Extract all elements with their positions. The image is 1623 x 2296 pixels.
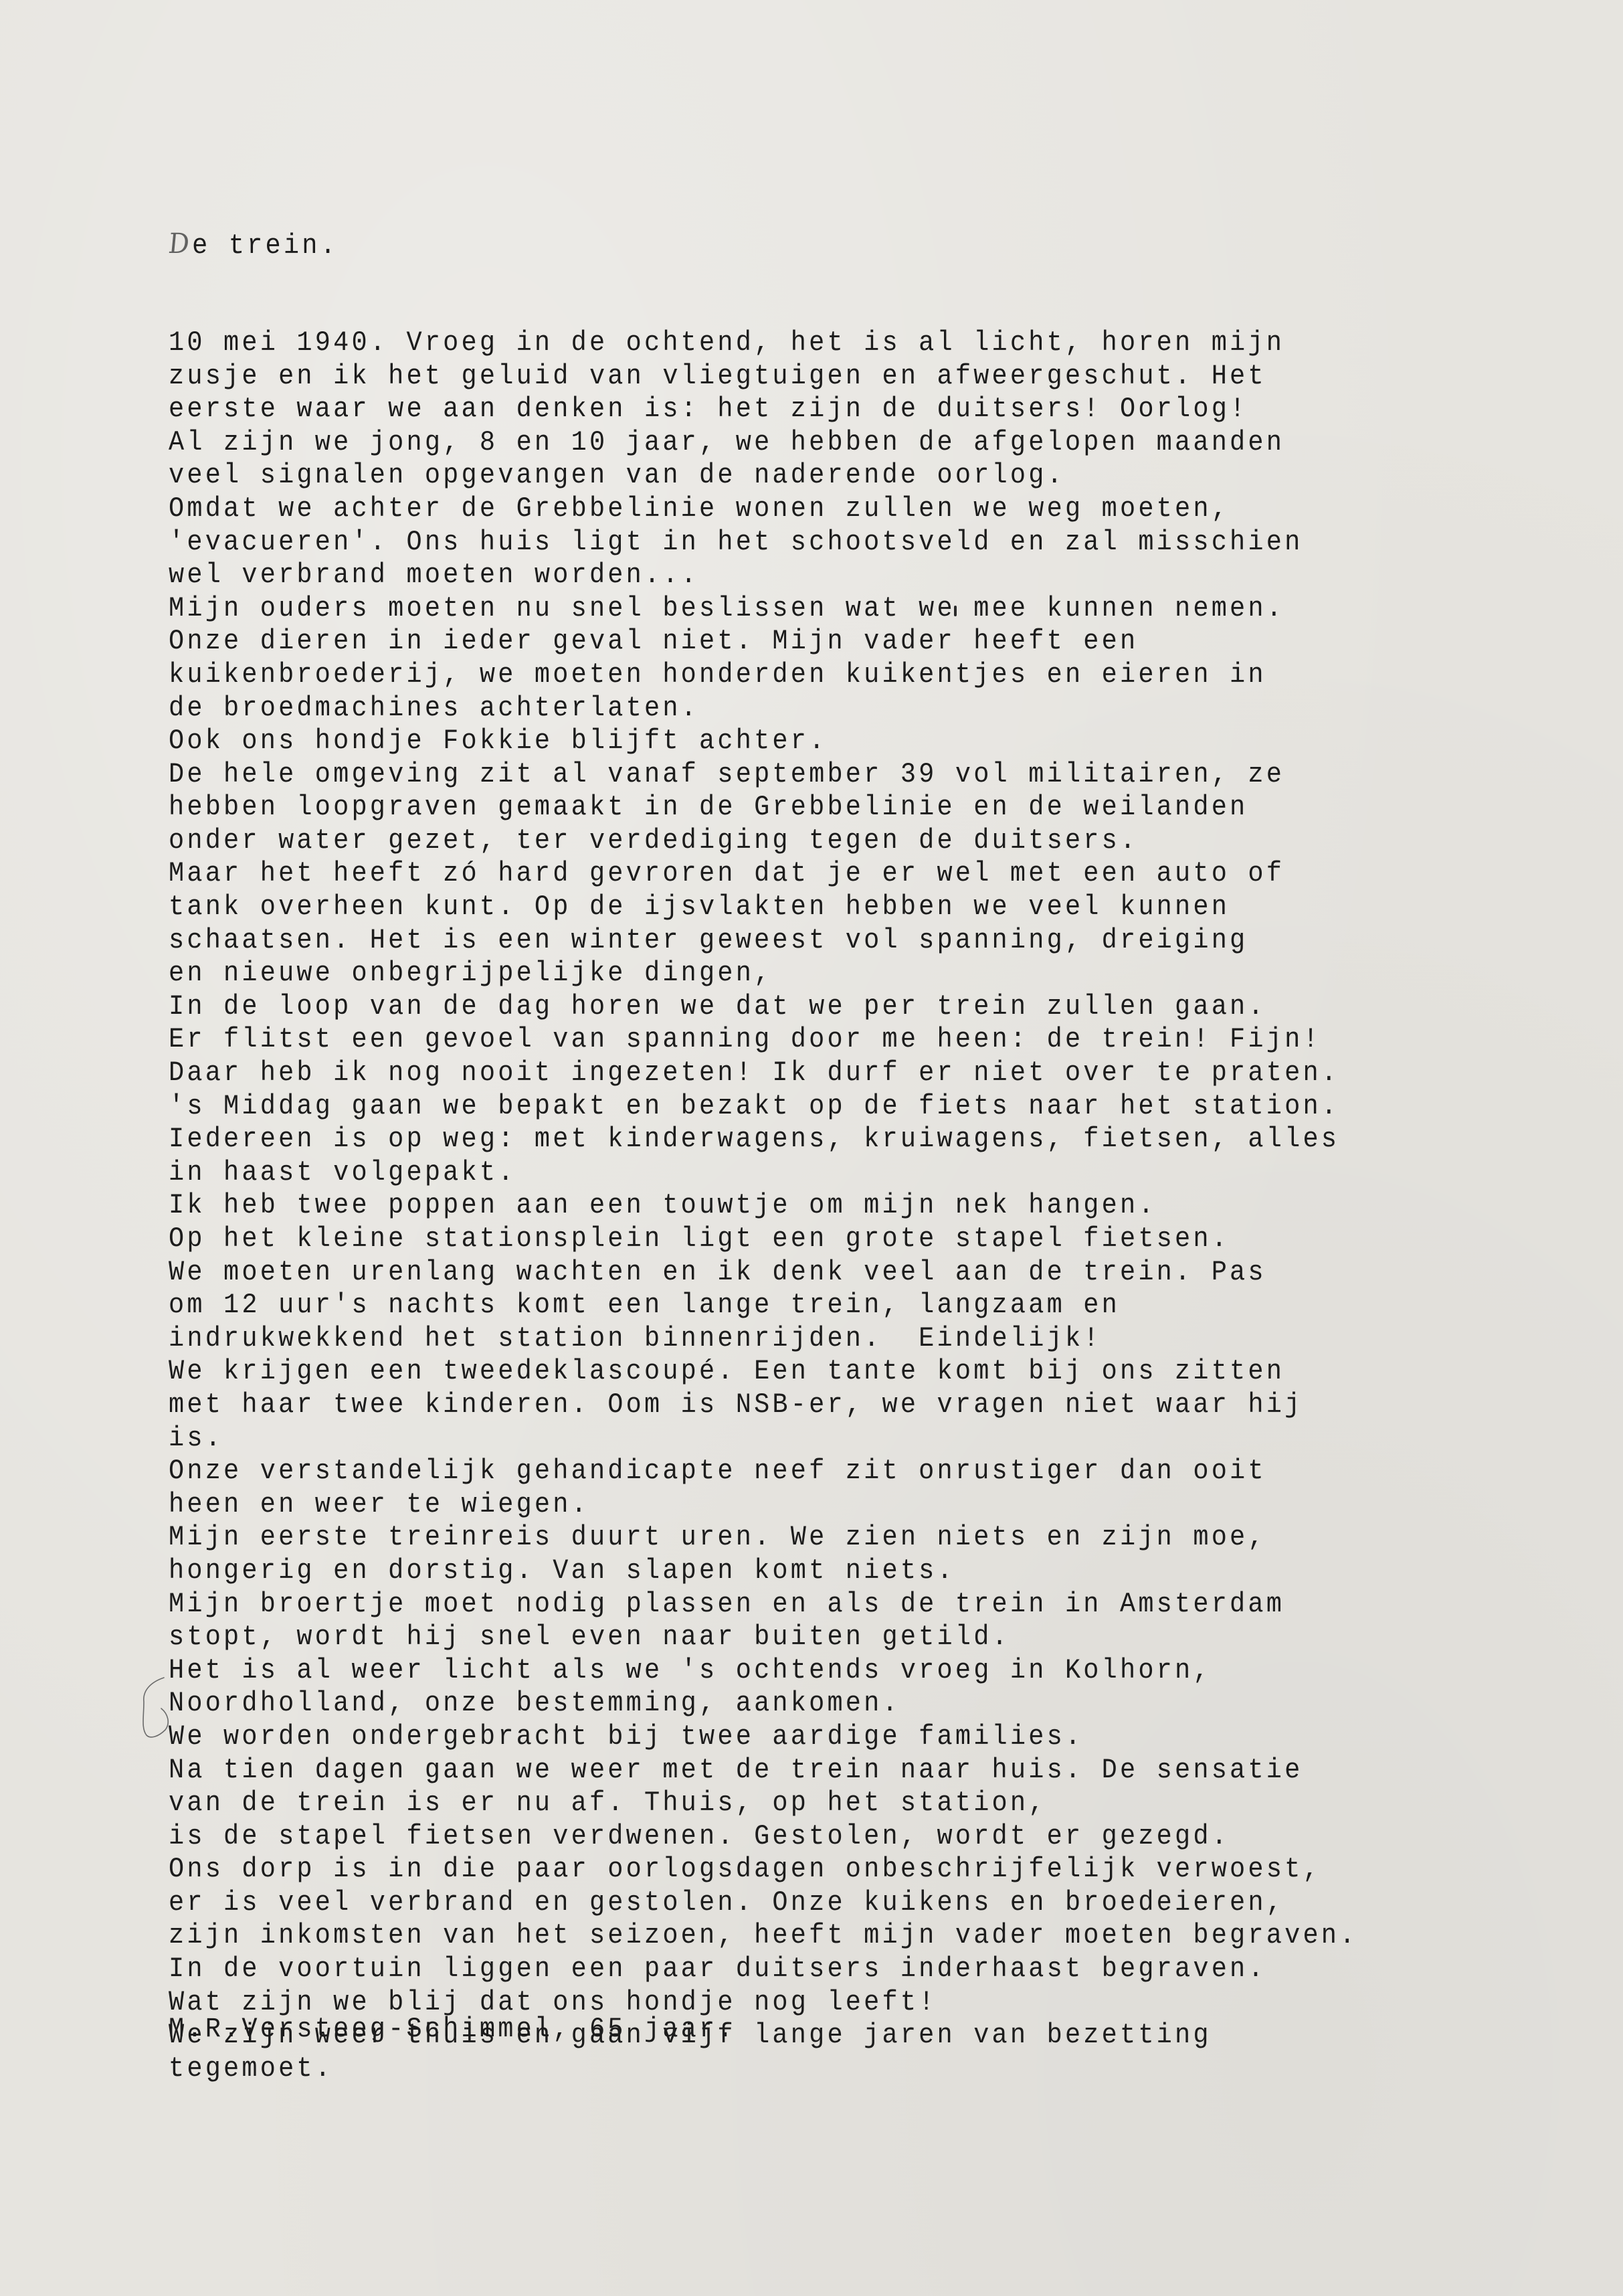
typed-text-block: De trein. 10 mei 1940. Vroeg in de ochte… — [169, 161, 1357, 2119]
text-line: 's Middag gaan we bepakt en bezakt op de… — [169, 1090, 1357, 1124]
text-line: Mijn ouders moeten nu snel beslissen wat… — [169, 592, 1357, 626]
text-line: Omdat we achter de Grebbelinie wonen zul… — [169, 493, 1357, 526]
text-line: De hele omgeving zit al vanaf september … — [169, 758, 1357, 792]
text-line: in haast volgepakt. — [169, 1156, 1357, 1190]
text-line: hongerig en dorstig. Van slapen komt nie… — [169, 1555, 1357, 1588]
text-line: Onze dieren in ieder geval niet. Mijn va… — [169, 625, 1357, 658]
text-line: veel signalen opgevangen van de naderend… — [169, 459, 1357, 493]
text-line: We moeten urenlang wachten en ik denk ve… — [169, 1256, 1357, 1290]
text-line: zijn inkomsten van het seizoen, heeft mi… — [169, 1919, 1357, 1953]
text-line: Iedereen is op weg: met kinderwagens, kr… — [169, 1123, 1357, 1156]
text-line: Maar het heeft zó hard gevroren dat je e… — [169, 857, 1357, 891]
text-line: onder water gezet, ter verdediging tegen… — [169, 824, 1357, 858]
body-paragraph: 10 mei 1940. Vroeg in de ochtend, het is… — [169, 327, 1357, 2085]
text-line: stopt, wordt hij snel even naar buiten g… — [169, 1621, 1357, 1654]
text-line: hebben loopgraven gemaakt in de Grebbeli… — [169, 791, 1357, 824]
document-title: De trein. — [169, 227, 1357, 260]
text-line: In de voortuin liggen een paar duitsers … — [169, 1953, 1357, 1986]
text-line: heen en weer te wiegen. — [169, 1488, 1357, 1522]
text-line: In de loop van de dag horen we dat we pe… — [169, 990, 1357, 1024]
stray-typewriter-mark — [954, 606, 957, 616]
text-line: Noordholland, onze bestemming, aankomen. — [169, 1687, 1357, 1720]
text-line: Ook ons hondje Fokkie blijft achter. — [169, 725, 1357, 758]
text-line: Na tien dagen gaan we weer met de trein … — [169, 1754, 1357, 1787]
text-line: Al zijn we jong, 8 en 10 jaar, we hebben… — [169, 426, 1357, 460]
text-line: schaatsen. Het is een winter geweest vol… — [169, 924, 1357, 958]
text-line: zusje en ik het geluid van vliegtuigen e… — [169, 360, 1357, 393]
text-line: tank overheen kunt. Op de ijsvlakten heb… — [169, 891, 1357, 924]
text-line: Mijn broertje moet nodig plassen en als … — [169, 1588, 1357, 1621]
author-signature: M.R.Versteeg-Schimmel, 65 jaar. — [169, 2013, 736, 2046]
text-line: met haar twee kinderen. Oom is NSB-er, w… — [169, 1389, 1357, 1422]
text-line: Daar heb ik nog nooit ingezeten! Ik durf… — [169, 1057, 1357, 1090]
text-line: eerste waar we aan denken is: het zijn d… — [169, 393, 1357, 426]
handwritten-initial: D — [167, 227, 194, 260]
text-line: wel verbrand moeten worden... — [169, 559, 1357, 592]
text-line: tegemoet. — [169, 2052, 1357, 2086]
text-line: om 12 uur's nachts komt een lange trein,… — [169, 1289, 1357, 1322]
text-line: Ik heb twee poppen aan een touwtje om mi… — [169, 1189, 1357, 1223]
text-line: en nieuwe onbegrijpelijke dingen, — [169, 957, 1357, 990]
text-line: Mijn eerste treinreis duurt uren. We zie… — [169, 1521, 1357, 1555]
text-line: er is veel verbrand en gestolen. Onze ku… — [169, 1886, 1357, 1920]
text-line: is. — [169, 1422, 1357, 1455]
text-line: Op het kleine stationsplein ligt een gro… — [169, 1223, 1357, 1256]
text-line: 'evacueren'. Ons huis ligt in het schoot… — [169, 526, 1357, 559]
text-line: indrukwekkend het station binnenrijden. … — [169, 1322, 1357, 1356]
text-line: 10 mei 1940. Vroeg in de ochtend, het is… — [169, 327, 1357, 360]
text-line: van de trein is er nu af. Thuis, op het … — [169, 1787, 1357, 1820]
text-line: We worden ondergebracht bij twee aardige… — [169, 1720, 1357, 1754]
text-line: Het is al weer licht als we 's ochtends … — [169, 1654, 1357, 1688]
text-line: Onze verstandelijk gehandicapte neef zit… — [169, 1455, 1357, 1488]
text-line: Ons dorp is in die paar oorlogsdagen onb… — [169, 1853, 1357, 1886]
text-line: Er flitst een gevoel van spanning door m… — [169, 1023, 1357, 1057]
text-line: We krijgen een tweedeklascoupé. Een tant… — [169, 1355, 1357, 1389]
handwritten-margin-bracket — [137, 1676, 177, 1740]
title-text: e trein. — [192, 230, 339, 262]
text-line: de broedmachines achterlaten. — [169, 692, 1357, 725]
text-line: is de stapel fietsen verdwenen. Gestolen… — [169, 1820, 1357, 1854]
text-line: kuikenbroederij, we moeten honderden kui… — [169, 658, 1357, 692]
